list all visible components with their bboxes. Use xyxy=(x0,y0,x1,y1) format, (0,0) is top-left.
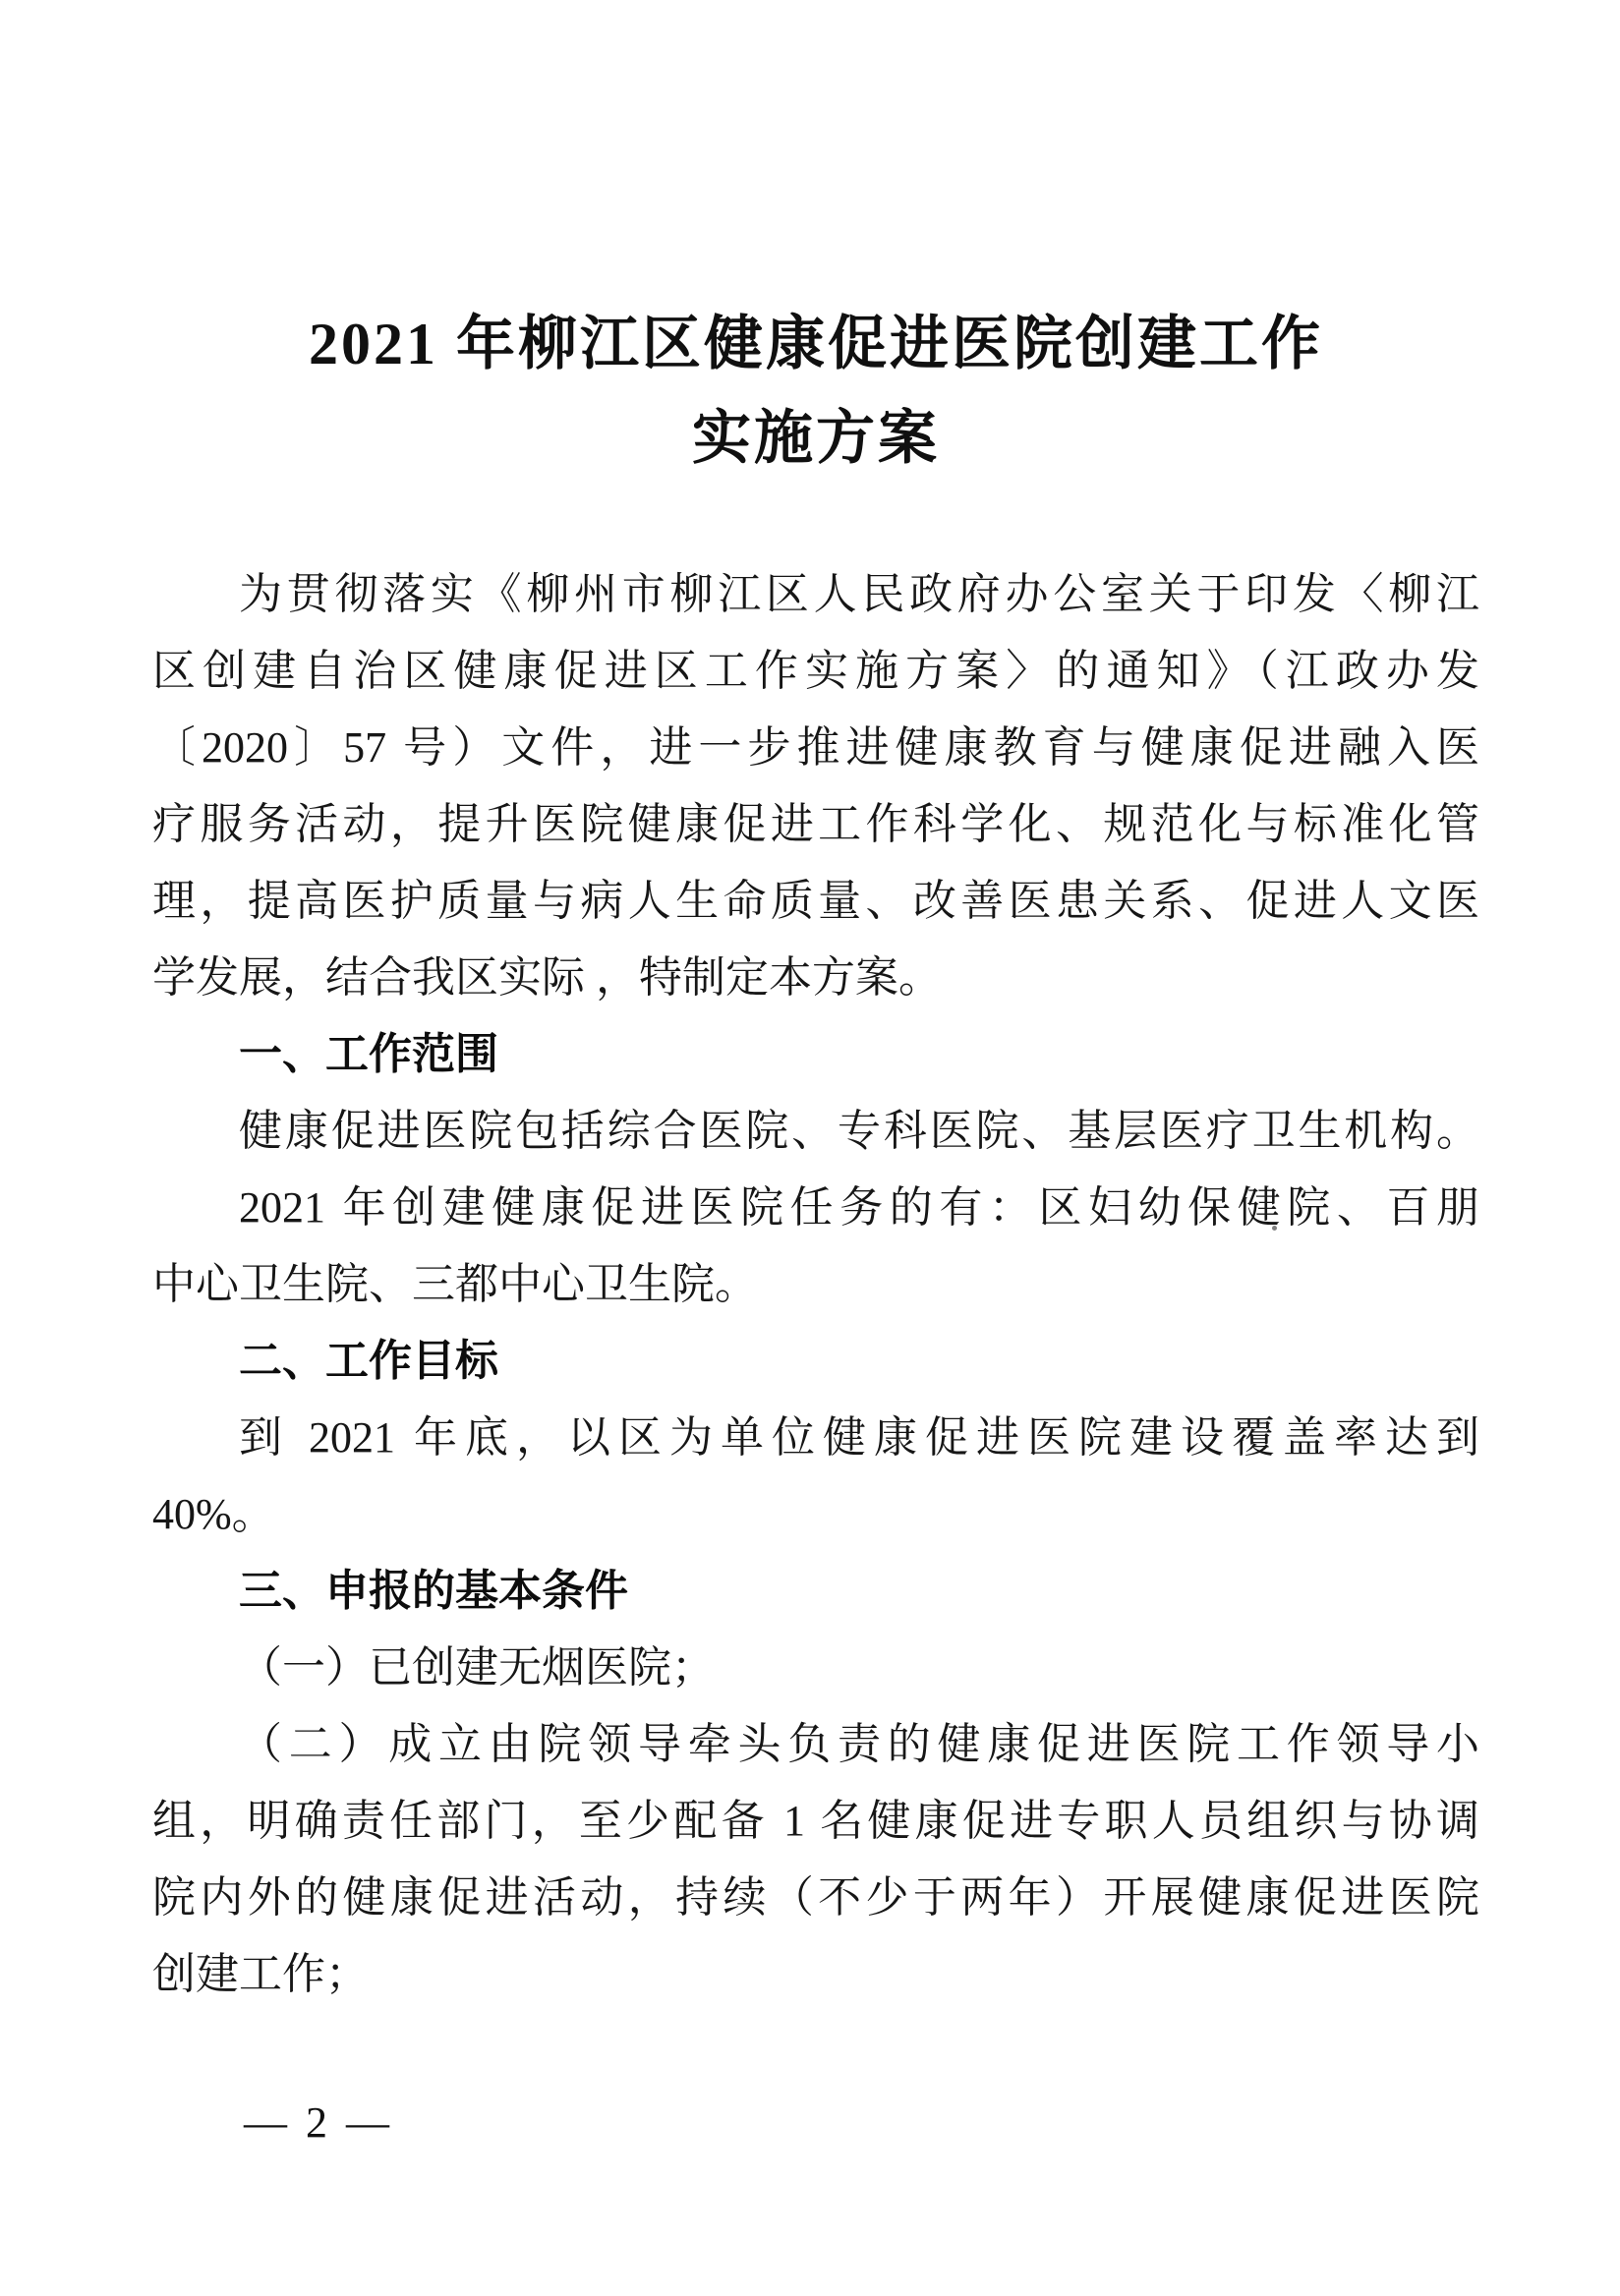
paragraph-line: 为贯彻落实《柳州市柳江区人民政府办公室关于印发〈柳江 xyxy=(152,556,1479,633)
paragraph-line: （二）成立由院领导牵头负责的健康促进医院工作领导小 xyxy=(152,1706,1479,1783)
paragraph-line: 2021 年创建健康促进医院任务的有：区妇幼保健院、百朋 xyxy=(152,1170,1479,1246)
section-heading-work-scope: 一、工作范围 xyxy=(152,1016,1479,1093)
paragraph-line: 区创建自治区健康促进区工作实施方案〉的通知》（江政办发 xyxy=(152,633,1479,710)
paragraph-line: 40%。 xyxy=(152,1476,1479,1553)
paragraph-line: 〔2020〕57 号）文件，进一步推进健康教育与健康促进融入医 xyxy=(152,710,1479,786)
document-page: 2021 年柳江区健康促进医院创建工作 实施方案 为贯彻落实《柳州市柳江区人民政… xyxy=(0,0,1620,2296)
paragraph-line: （一）已创建无烟医院； xyxy=(152,1630,1479,1706)
paragraph-line: 院内外的健康促进活动，持续（不少于两年）开展健康促进医院 xyxy=(152,1860,1479,1936)
paragraph-line: 到 2021 年底，以区为单位健康促进医院建设覆盖率达到 xyxy=(152,1400,1479,1476)
paragraph-line: 疗服务活动，提升医院健康促进工作科学化、规范化与标准化管 xyxy=(152,786,1479,863)
document-title-line-2: 实施方案 xyxy=(152,391,1479,486)
document-body: 为贯彻落实《柳州市柳江区人民政府办公室关于印发〈柳江 区创建自治区健康促进区工作… xyxy=(152,556,1479,2013)
document-title: 2021 年柳江区健康促进医院创建工作 实施方案 xyxy=(152,297,1479,486)
paragraph-line: 创建工作； xyxy=(152,1936,1479,2013)
paragraph-line: 组，明确责任部门，至少配备 1 名健康促进专职人员组织与协调 xyxy=(152,1783,1479,1860)
document-title-line-1: 2021 年柳江区健康促进医院创建工作 xyxy=(152,297,1479,391)
paragraph-line: 学发展，结合我区实际 ，特制定本方案。 xyxy=(152,940,1479,1016)
section-heading-work-goal: 二、工作目标 xyxy=(152,1323,1479,1400)
scan-artifact-dot xyxy=(1272,1226,1277,1231)
section-heading-application-conditions: 三、申报的基本条件 xyxy=(152,1553,1479,1630)
paragraph-line: 健康促进医院包括综合医院、专科医院、基层医疗卫生机构。 xyxy=(152,1093,1479,1170)
page-number: — 2 — xyxy=(244,2099,393,2147)
paragraph-line: 中心卫生院、三都中心卫生院。 xyxy=(152,1246,1479,1323)
paragraph-line: 理，提高医护质量与病人生命质量、改善医患关系、促进人文医 xyxy=(152,863,1479,940)
